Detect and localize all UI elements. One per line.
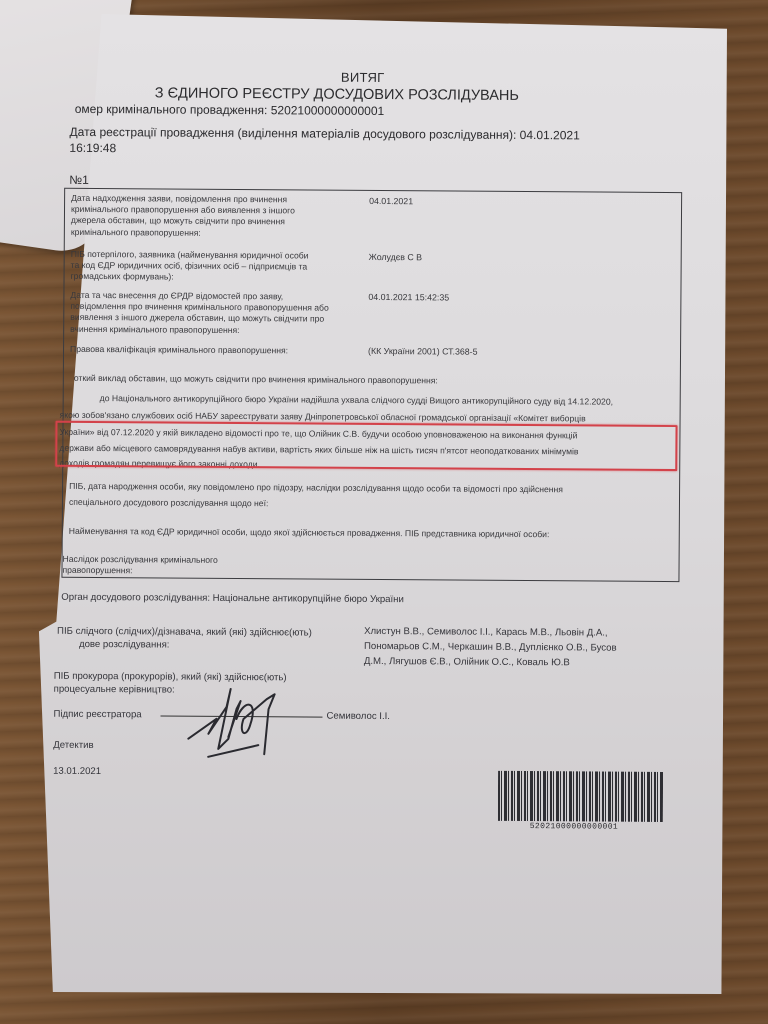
document-extract: ВИТЯГ З ЄДИНОГО РЕЄСТРУ ДОСУДОВИХ РОЗСЛІ… xyxy=(0,0,768,1024)
investigators-line: Д.М., Лягушов Є.В., Олійник О.С., Коваль… xyxy=(364,654,617,671)
table-row-value: 04.01.2021 15:42:35 xyxy=(368,292,449,304)
label-line: правопорушення: xyxy=(62,565,342,578)
authority-label: Орган досудового розслідування: xyxy=(61,592,210,604)
summary-line: до Національного антикорупційного бюро У… xyxy=(60,393,676,409)
investigators-line: Хлистун В.В., Семиволос І.І., Карась М.В… xyxy=(364,624,617,641)
document-subtitle: З ЄДИНОГО РЕЄСТРУ ДОСУДОВИХ РОЗСЛІДУВАНЬ xyxy=(155,85,519,104)
label-line: ПІБ слідчого (слідчих)/дізнавача, який (… xyxy=(57,626,312,640)
registration-date-label: Дата реєстрації провадження (виділення м… xyxy=(70,125,517,142)
investigators-label: ПІБ слідчого (слідчих)/дізнавача, який (… xyxy=(57,626,312,653)
label-line: ПІБ, дата народження особи, яку повідомл… xyxy=(69,481,673,496)
label-line: дове розслідування: xyxy=(57,638,312,652)
handwritten-signature xyxy=(178,679,309,780)
authority-value: Національне антикорупційне бюро України xyxy=(213,593,404,605)
case-number-line: омер кримінального провадження: 52021000… xyxy=(75,102,385,118)
registrar-name: Семиволос І.І. xyxy=(326,711,390,724)
section-number: №1 xyxy=(69,173,89,187)
legal-entity-label: Найменування та код ЄДР юридичної особи,… xyxy=(69,526,673,541)
suspect-info-label: ПІБ, дата народження особи, яку повідомл… xyxy=(69,481,673,513)
table-row-label: Правова кваліфікація кримінального право… xyxy=(70,344,350,357)
label-line: кримінального правопорушення: xyxy=(71,226,351,239)
table-row-label: Дата та час внесення до ЄРДР відомостей … xyxy=(70,290,350,337)
registration-date: 04.01.2021 xyxy=(520,128,580,142)
case-number-label: омер кримінального провадження: xyxy=(75,102,268,117)
table-row-value: (КК України 2001) СТ.368-5 xyxy=(368,346,478,358)
barcode-number: 52021000000000001 xyxy=(530,822,618,832)
investigators-line: Пономарьов С.М., Черкашин В.В., Дуплієнк… xyxy=(364,639,617,656)
label-line: громадських формувань): xyxy=(71,271,351,284)
table-row-label: Дата надходження заяви, повідомлення про… xyxy=(71,193,351,240)
case-number: 52021000000000001 xyxy=(271,103,385,118)
case-details-table: Дата надходження заяви, повідомлення про… xyxy=(61,188,682,582)
label-line: Правова кваліфікація кримінального право… xyxy=(70,344,350,357)
table-row-label: ПІБ потерпілого, заявника (найменування … xyxy=(71,249,351,285)
red-highlight-box xyxy=(55,421,677,471)
investigation-result-label: Наслідок розслідування кримінального пра… xyxy=(62,554,342,578)
summary-heading: откий виклад обставин, що можуть свідчит… xyxy=(74,373,678,388)
label-line: вчинення кримінального правопорушення: xyxy=(70,323,350,336)
label-line: спеціального досудового розслідування що… xyxy=(69,497,673,512)
barcode xyxy=(498,771,663,822)
registration-date-line: Дата реєстрації провадження (виділення м… xyxy=(70,125,580,143)
table-row-value: 04.01.2021 xyxy=(369,196,413,208)
document-title: ВИТЯГ xyxy=(341,70,385,85)
investigation-authority: Орган досудового розслідування: Націонал… xyxy=(61,592,404,607)
position-title: Детектив xyxy=(53,740,93,753)
issue-date: 13.01.2021 xyxy=(53,766,101,779)
investigators-list: Хлистун В.В., Семиволос І.І., Карась М.В… xyxy=(364,624,617,671)
registrar-signature-label: Підпис реєстратора xyxy=(53,709,141,722)
registration-time: 16:19:48 xyxy=(69,141,116,155)
table-row-value: Жолудєв С В xyxy=(369,252,422,264)
